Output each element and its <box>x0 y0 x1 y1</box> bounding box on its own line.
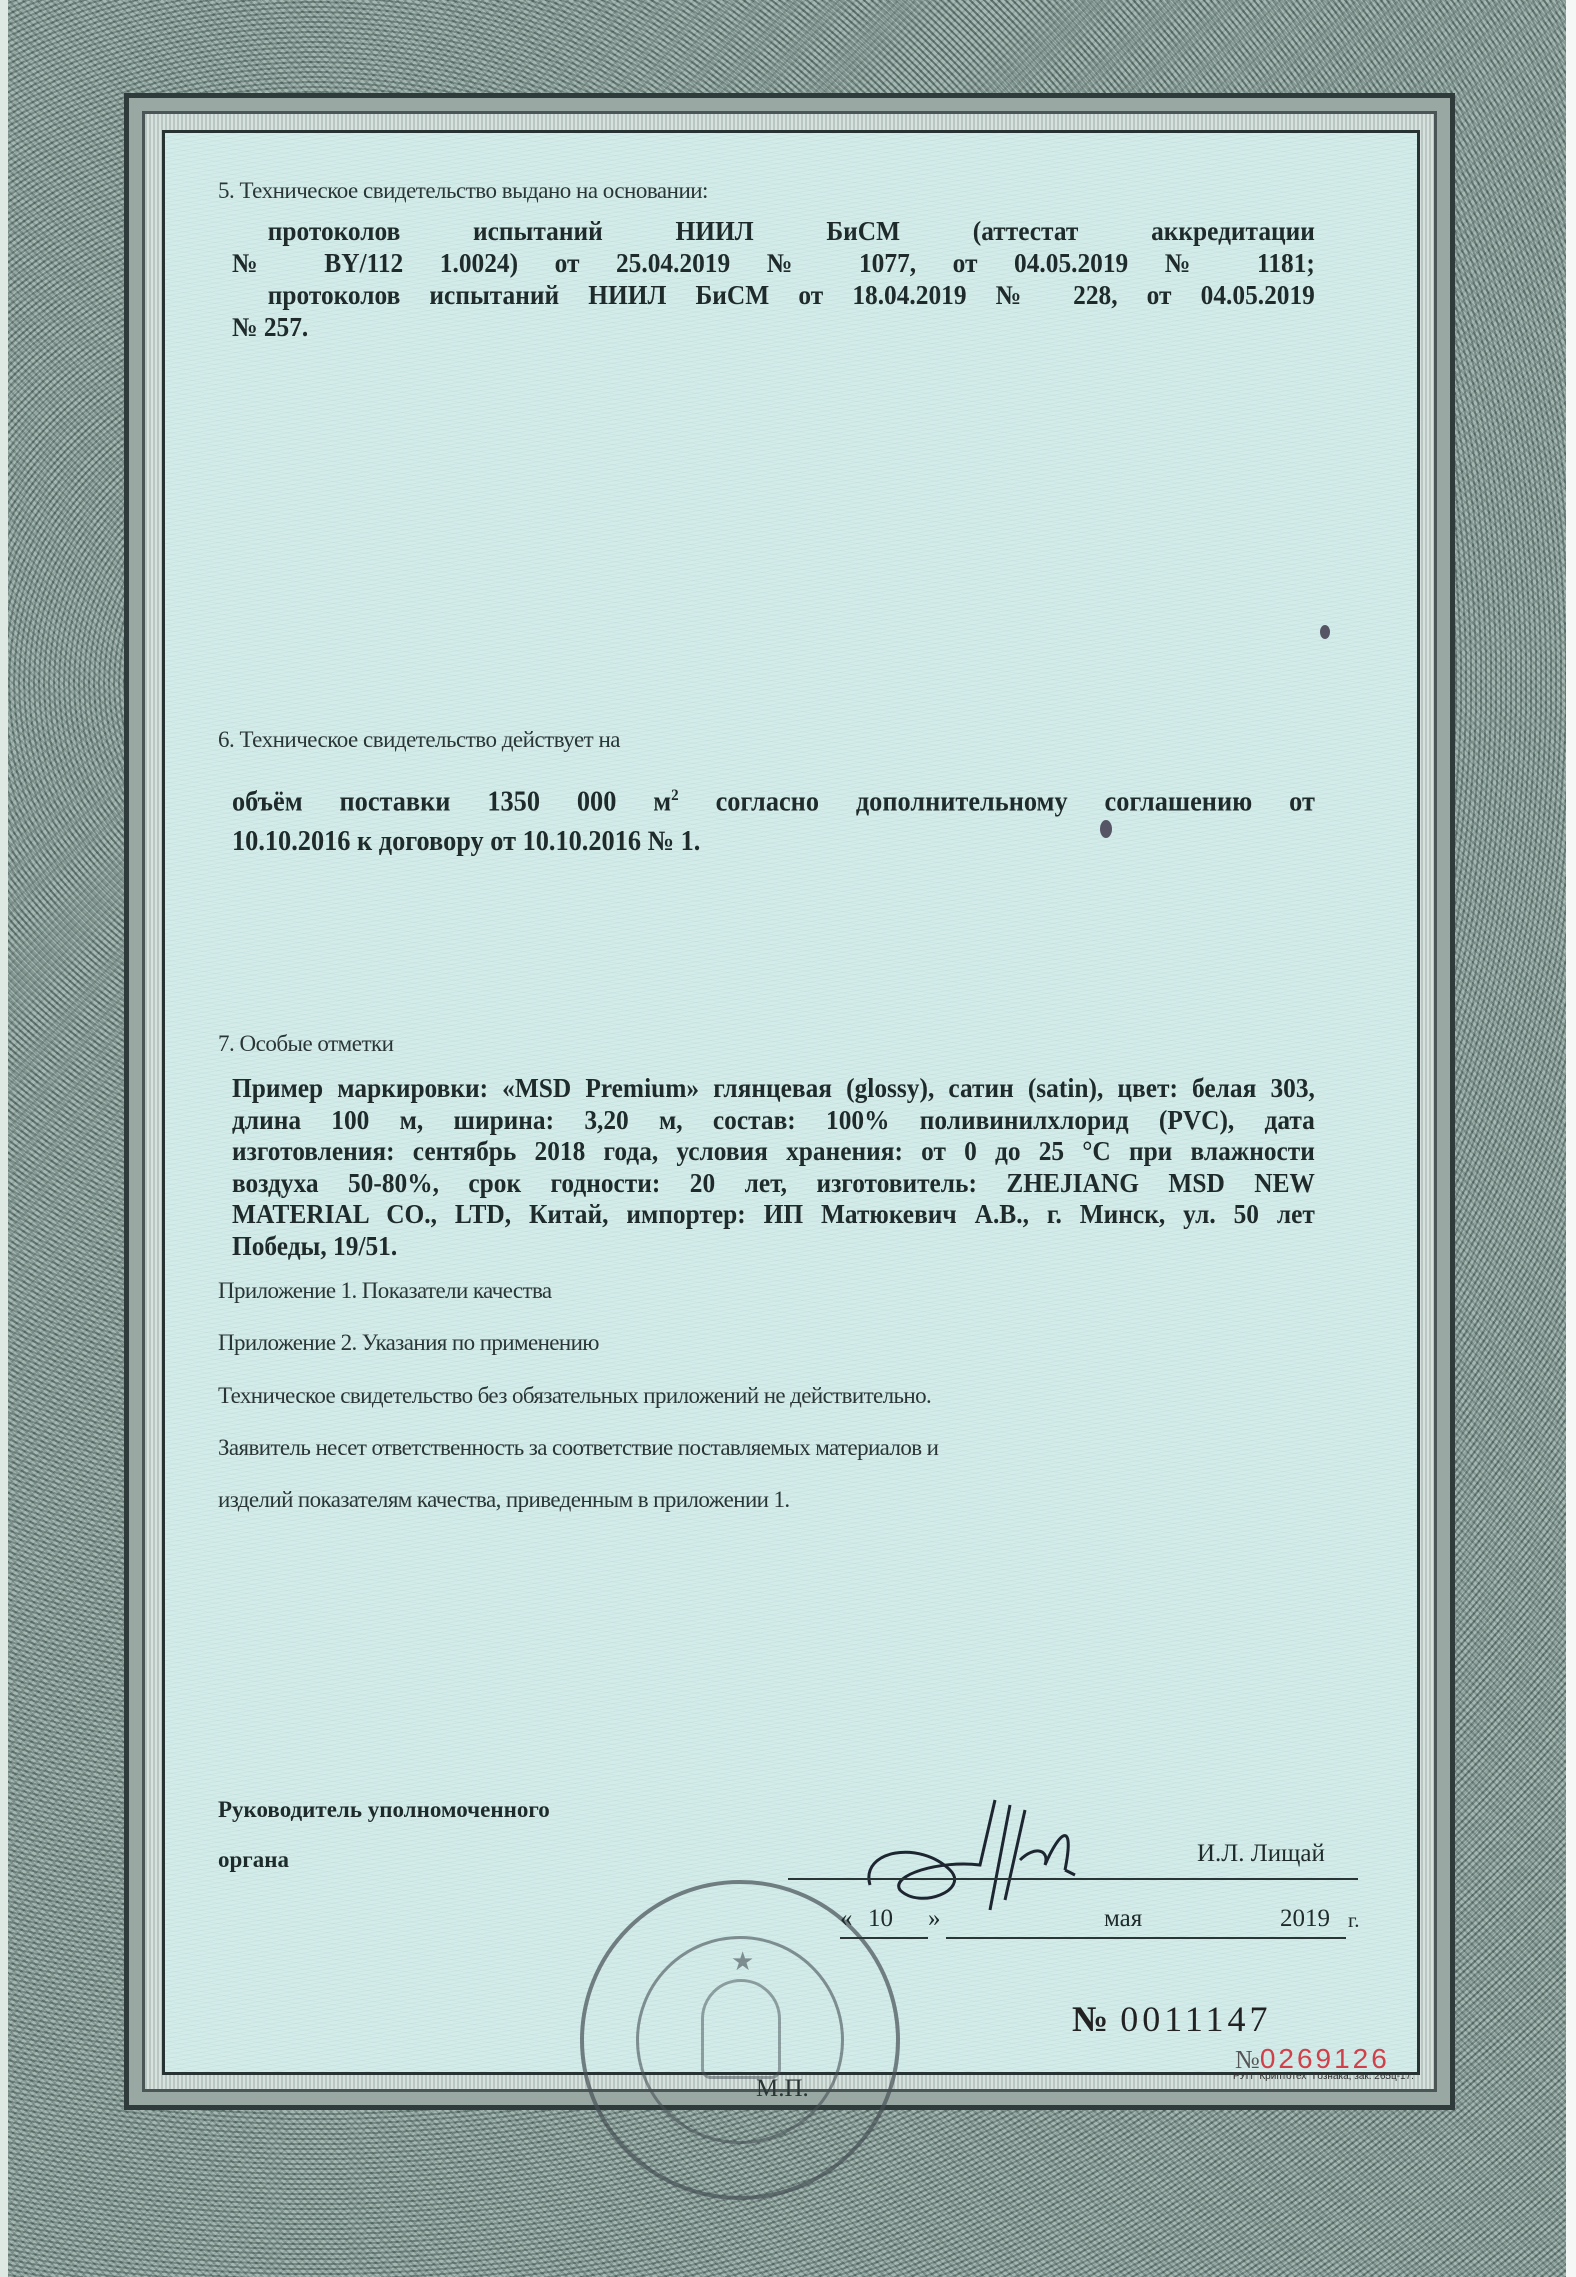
date-year-suffix: г. <box>1348 1908 1360 1933</box>
section-7-line: изготовления: сентябрь 2018 года, услови… <box>232 1136 1315 1168</box>
star-icon: ★ <box>731 1947 754 1977</box>
appendix-1: Приложение 1. Показатели качества <box>218 1278 552 1304</box>
date-day: 10 <box>868 1905 893 1933</box>
seal-label: М.П. <box>756 2075 809 2103</box>
coat-of-arms-icon <box>701 1979 781 2079</box>
scan-edge <box>1566 0 1576 2277</box>
section-7-line: MATERIAL CO., LTD, Китай, импортер: ИП М… <box>232 1199 1315 1231</box>
section-6-title: 6. Техническое свидетельство действует н… <box>218 727 620 753</box>
date-close-quote: » <box>928 1905 941 1933</box>
section-7-body: Пример маркировки: «MSD Premium» глянцев… <box>232 1073 1315 1262</box>
section-7-line: длина 100 м, ширина: 3,20 м, состав: 100… <box>232 1105 1315 1137</box>
validity-note: Техническое свидетельство без обязательн… <box>218 1383 931 1409</box>
section-7-line: воздуха 50-80%, срок годности: 20 лет, и… <box>232 1168 1315 1200</box>
date-year: 2019 <box>1280 1905 1330 1933</box>
date-day-line <box>840 1937 928 1939</box>
responsibility-note-line: изделий показателям качества, приведенны… <box>218 1487 790 1513</box>
section-6-line: 10.10.2016 к договору от 10.10.2016 № 1. <box>232 822 1315 862</box>
section-7-title: 7. Особые отметки <box>218 1031 393 1057</box>
certificate-number: №0011147 <box>1072 1998 1272 2040</box>
section-5-line: № 257. <box>232 311 1315 343</box>
section-5-body: протоколов испытаний НИИЛ БиСМ (аттестат… <box>232 215 1315 343</box>
responsibility-note-line: Заявитель несет ответственность за соотв… <box>218 1435 938 1461</box>
date-month-line <box>946 1937 1346 1939</box>
scan-speck <box>1320 625 1330 639</box>
section-5-line: протоколов испытаний НИИЛ БиСМ (аттестат… <box>232 215 1315 247</box>
signatory-title-line: Руководитель уполномоченного <box>218 1797 550 1823</box>
section-7-line: Пример маркировки: «MSD Premium» глянцев… <box>232 1073 1315 1105</box>
printer-note: РУП "Криптотех" Гознака, зак. 265ц-17. <box>1233 2071 1414 2082</box>
scan-edge <box>0 0 8 2277</box>
appendix-2: Приложение 2. Указания по применению <box>218 1330 599 1356</box>
section-6-line: объём поставки 1350 000 м2 согласно допо… <box>232 776 1315 822</box>
signer-name: И.Л. Лищай <box>1197 1840 1325 1868</box>
date-month: мая <box>1104 1905 1142 1933</box>
signatory-title-line: органа <box>218 1847 289 1873</box>
handwritten-signature <box>860 1790 1120 1920</box>
section-7-line: Победы, 19/51. <box>232 1231 1315 1263</box>
section-5-line: № BY/112 1.0024) от 25.04.2019 № 1077, о… <box>232 247 1315 279</box>
section-5-title: 5. Техническое свидетельство выдано на о… <box>218 178 708 204</box>
date-open-quote: « <box>840 1905 853 1933</box>
scan-speck <box>1100 820 1112 838</box>
section-5-line: протоколов испытаний НИИЛ БиСМ от 18.04.… <box>232 279 1315 311</box>
section-6-body: объём поставки 1350 000 м2 согласно допо… <box>232 776 1315 862</box>
signature-line <box>788 1878 1358 1880</box>
seal-inner-ring: ★ <box>636 1936 844 2144</box>
